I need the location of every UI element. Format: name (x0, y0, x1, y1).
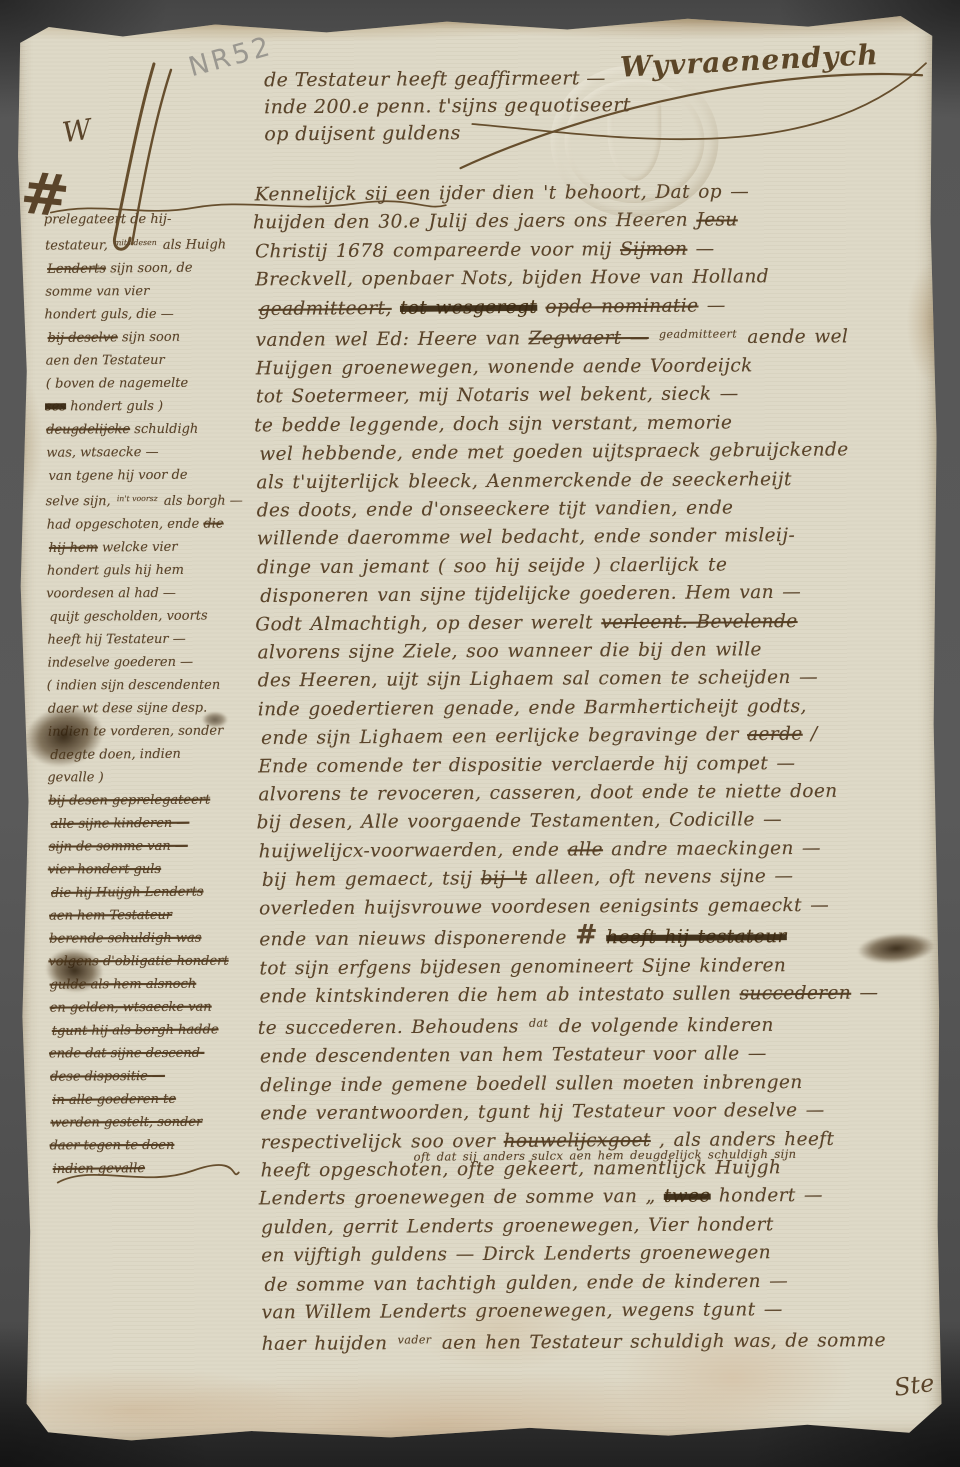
struck-text: bij deselve (48, 330, 118, 346)
handwritten-line: alle sijne kinderen — (50, 811, 256, 836)
handwritten-line: daer tegen te doen (50, 1133, 256, 1157)
struck-text: ses (45, 399, 66, 414)
superscript-insertion: dat (529, 1017, 548, 1030)
handwriting-text: hondert — (719, 1185, 823, 1207)
handwritten-line: ses hondert guls ) (45, 395, 251, 419)
photo-backdrop: NR52 Wyvraenendych W # de Testateur heef… (0, 0, 960, 1467)
struck-text: bij desen geprelegateert (48, 792, 210, 808)
handwriting-text: en vijftigh guldens — Dirck Lenderts gro… (261, 1242, 771, 1266)
archive-number-pencil: NR52 (185, 31, 275, 83)
handwriting-text: ( boven de nagemelte (46, 376, 188, 392)
handwritten-line: quijt gescholden, voorts (49, 604, 255, 629)
handwriting-text: quijt gescholden, voorts (49, 608, 207, 625)
handwriting-text: bij hem gemaect, tsij (262, 869, 473, 892)
handwritten-line: haer huijden vader aen hen Testateur sch… (262, 1323, 960, 1359)
ink-blot (202, 712, 228, 728)
handwriting-text: — (696, 238, 715, 259)
handwriting-text: sijn soon, de (110, 260, 192, 276)
handwritten-line: geadmitteert, tot wesgeregt opde nominat… (258, 290, 960, 324)
handwriting-text: had opgeschoten, ende (47, 516, 200, 532)
struck-text: twee (664, 1186, 711, 1207)
main-text: Kennelijck sij een ijder dien 't behoort… (255, 177, 960, 1360)
superscript-insertion: vader (398, 1334, 432, 1347)
handwriting-text: ende kintskinderen die hem ab intestato … (260, 983, 732, 1007)
struck-text: die hij Huijgh Lenderts (51, 884, 204, 900)
handwritten-line: ( indien sijn descendenten (47, 673, 253, 697)
handwritten-line: ende kintskinderen die hem ab intestato … (260, 979, 960, 1012)
struck-text: Sijmon (620, 239, 687, 260)
handwritten-line: de somme van tachtigh gulden, ende de ki… (264, 1266, 960, 1300)
notary-monogram: W (60, 113, 93, 150)
handwritten-line: voordesen al had — (46, 581, 252, 605)
handwriting-text: Breckvell, openbaer Nots, bijden Hove va… (255, 266, 769, 290)
handwritten-line: bij hem gemaect, tsij bij 't alleen, oft… (262, 862, 960, 896)
handwritten-line: en gelden, wtsaecke van (50, 995, 256, 1019)
struck-text: daer tegen te doen (50, 1138, 175, 1153)
struck-text: die (203, 516, 223, 531)
handwriting-text: somme van vier (45, 284, 149, 300)
handwritten-line: was, wtsaecke — (46, 440, 252, 464)
handwriting-text: haer huijden (262, 1333, 388, 1355)
handwriting-text: vanden wel Ed: Heere van (256, 328, 521, 351)
handwritten-line: gulden, gerrit Lenderts groenewegen, Vie… (261, 1210, 960, 1243)
handwriting-text: heeft hij Testateur — (47, 632, 185, 648)
struck-text: deugdelijcke (46, 422, 130, 438)
handwritten-line: des Heeren, uijt sijn Lighaem sal comen … (258, 663, 960, 696)
handwritten-line: alvorens sijne Ziele, soo wanneer die bi… (257, 635, 960, 668)
handwriting-text: prelegateert de hij- (44, 212, 171, 227)
handwritten-line: indien gevalle (53, 1156, 259, 1181)
handwriting-text: welcke vier (102, 540, 178, 556)
handwritten-line: ende dat sijne descend- (49, 1041, 255, 1065)
handwritten-line: Huijgen groenewegen, wonende aende Voord… (256, 351, 960, 384)
handwritten-line: hondert guls hij hem (47, 558, 253, 582)
handwritten-line: van tgene hij voor de (48, 463, 254, 488)
struck-text: werden gestelt, sonder (50, 1114, 202, 1130)
handwriting-text: huijwelijcx-voorwaerden, ende (259, 839, 560, 862)
handwritten-line: ende verantwoorden, tgunt hij Testateur … (260, 1096, 960, 1129)
handwriting-text: tot Soetermeer, mij Notaris wel bekent, … (256, 384, 739, 408)
handwriting-text: dinge van jemant ( soo hij seijde ) clae… (257, 554, 727, 578)
handwritten-line: hondert guls, die — (44, 303, 250, 327)
handwriting-text: was, wtsaecke — (46, 445, 158, 461)
handwriting-text: te bedde leggende, doch sijn verstant, m… (254, 412, 732, 436)
handwriting-text: de Testateur heeft geaffirmeert — (264, 67, 606, 91)
handwriting-text: voordesen al had — (46, 586, 176, 601)
handwritten-line: ende descendenten van hem Testateur voor… (260, 1039, 960, 1072)
superscript-insertion: mits desen (114, 238, 157, 247)
handwritten-line: alvorens te revoceren, casseren, doot en… (258, 777, 960, 810)
handwritten-line: huijden den 30.e Julij des jaers ons Hee… (253, 205, 959, 238)
handwritten-line: tot Soetermeer, mij Notaris wel bekent, … (256, 379, 960, 412)
handwriting-text: de somme van tachtigh gulden, ende de ki… (264, 1270, 788, 1295)
handwriting-text: willende daeromme wel bedacht, ende sond… (257, 525, 795, 549)
struck-text: alle (567, 839, 603, 860)
handwritten-line: delinge inde gemene boedell sullen moete… (260, 1068, 960, 1101)
struck-text: dese dispositie — (50, 1069, 165, 1085)
struck-text: hij hem (49, 540, 98, 555)
handwritten-line: willende daeromme wel bedacht, ende sond… (257, 521, 960, 554)
handwritten-line: tgunt hij als borgh hadde (52, 1018, 258, 1043)
handwritten-line: wel hebbende, ende met goeden uijtspraec… (259, 436, 960, 470)
struck-text: Jesu (696, 210, 738, 231)
handwritten-line: des doots, ende d'onseeckere tijt vandie… (257, 493, 960, 526)
handwritten-line: als t'uijterlijck bleeck, Aenmerckende d… (256, 465, 960, 498)
handwritten-line: Kennelijck sij een ijder dien 't behoort… (255, 177, 960, 210)
handwriting-text: overleden huijsvrouwe voordesen eenigsin… (259, 895, 829, 919)
handwriting-text: de volgende kinderen (559, 1015, 774, 1037)
handwritten-line: aen den Testateur (46, 348, 252, 372)
handwritten-line: ( boven de nagemelte (46, 371, 252, 395)
handwritten-line: berende schuldigh was (49, 926, 255, 950)
handwriting-text: / (811, 724, 818, 745)
header-note: de Testateur heeft geaffirmeert — inde 2… (264, 65, 631, 148)
handwriting-text: aen hen Testateur schuldigh was, de somm… (442, 1330, 886, 1354)
handwriting-text: Lenderts groenewegen de somme van „ (259, 1186, 656, 1209)
manuscript-page: NR52 Wyvraenendych W # de Testateur heef… (12, 7, 947, 1447)
handwritten-line: en vijftigh guldens — Dirck Lenderts gro… (261, 1238, 960, 1271)
struck-text: in alle goederen te (52, 1092, 176, 1108)
handwritten-line: tot sijn erfgens bijdesen genomineert Si… (259, 951, 960, 984)
handwriting-text: als t'uijterlijck bleeck, Aenmerckende d… (256, 469, 791, 493)
handwritten-line: overleden huijsvrouwe voordesen eenigsin… (259, 891, 960, 924)
handwriting-text: ( indien sijn descendenten (47, 678, 221, 694)
handwriting-text: sijn soon (122, 330, 180, 346)
handwritten-line: aen hem Testateur (49, 903, 255, 927)
handwritten-line: inde 200.e penn. t'sijns gequotiseert (264, 92, 631, 121)
handwriting-text: hondert guls ) (70, 399, 163, 414)
handwriting-text: ende descendenten van hem Testateur voor… (260, 1044, 767, 1068)
handwriting-text: wel hebbende, ende met goeden uijtspraec… (259, 440, 848, 466)
superscript-insertion: geadmitteert (659, 327, 737, 340)
handwritten-line: Christij 1678 compareerde voor mij Sijmo… (255, 234, 960, 267)
struck-text: Lenderts (47, 261, 106, 277)
handwritten-line: ende van nieuws disponerende # heeft hij… (259, 919, 960, 955)
handwriting-text: van tgene hij voor de (48, 468, 187, 484)
handwritten-line: bij desen, Alle voorgaende Testamenten, … (257, 806, 960, 839)
handwriting-text: Godt Almachtigh, op deser werelt (255, 612, 593, 635)
handwriting-text: delinge inde gemene boedell sullen moete… (260, 1072, 803, 1096)
handwriting-text: Ende comende ter dispositie verclaerde h… (258, 753, 795, 777)
handwriting-text: inde 200.e penn. t'sijns gequotiseert (264, 94, 631, 118)
handwriting-text: indeselve goederen — (48, 655, 194, 671)
struck-text: Zegwaert — (529, 328, 649, 350)
struck-text: vier hondert guls (48, 862, 161, 877)
handwriting-text: Kennelijck sij een ijder dien 't behoort… (255, 181, 750, 205)
struck-text: indien gevalle (53, 1161, 145, 1177)
struck-text: heeft hij testateur (606, 926, 787, 948)
handwritten-line: te succederen. Behoudens dat de volgende… (258, 1007, 960, 1043)
handwriting-text: des doots, ende d'onseeckere tijt vandie… (257, 497, 734, 521)
handwritten-line: die hij Huijgh Lenderts (51, 880, 257, 905)
handwriting-text: inde goedertieren genade, ende Barmherti… (258, 696, 807, 720)
handwritten-line: bij desen geprelegateert (48, 788, 254, 812)
handwritten-line: indeselve goederen — (48, 650, 254, 674)
margin-note: prelegateert de hij- testateur, mits des… (45, 207, 257, 1180)
struck-text: tot wesgeregt (400, 296, 537, 318)
struck-text: geadmitteert, (258, 298, 391, 320)
struck-text: ende dat sijne descend- (49, 1046, 205, 1062)
handwritten-line: hij hem welcke vier (49, 535, 255, 560)
handwriting-text: tot sijn erfgens bijdesen genomineert Si… (259, 955, 786, 979)
handwritten-line: selve sijn, in't voorsz als borgh — (46, 487, 252, 514)
handwriting-text: als Huigh (163, 237, 226, 252)
handwriting-text: alvorens te revoceren, casseren, doot en… (258, 781, 837, 806)
handwritten-line: werden gestelt, sonder (50, 1110, 256, 1134)
handwriting-text: oft dat sij anders sulcx aen hem deugdel… (414, 1147, 797, 1164)
handwritten-line: prelegateert de hij- (44, 208, 250, 232)
handwriting-text: gevalle ) (47, 770, 103, 785)
handwritten-line: testateur, mits desen als Huigh (45, 230, 251, 257)
handwritten-line: de Testateur heeft geaffirmeert — (264, 65, 631, 94)
handwriting-text: alleen, oft nevens sijne — (535, 866, 793, 889)
struck-text: berende schuldigh was (49, 930, 201, 946)
handwritten-line: dese dispositie — (50, 1064, 256, 1088)
struck-text: tgunt hij als borgh hadde (52, 1022, 219, 1039)
handwriting-text: — (859, 982, 878, 1003)
handwriting-text: disponeren van sijne tijdelijcke goedere… (260, 582, 801, 607)
handwritten-line: van Willem Lenderts groenewegen, wegens … (261, 1295, 960, 1328)
struck-text: sijn de somme van — (49, 839, 188, 855)
struck-text: opde nominatie (545, 295, 698, 317)
handwriting-text: te succederen. Behoudens (258, 1017, 519, 1040)
struck-text: alle sijne kinderen — (51, 815, 190, 831)
handwriting-text: ende sijn Lighaem een eerlijcke begravin… (261, 724, 739, 749)
handwriting-text: testateur, (45, 238, 108, 253)
handwriting-text: ende van nieuws disponerende (259, 928, 567, 951)
handwriting-text: # (575, 919, 598, 950)
handwriting-text: des Heeren, uijt sijn Lighaem sal comen … (258, 667, 818, 691)
handwritten-line: gevalle ) (47, 765, 253, 789)
superscript-insertion: in't voorsz (117, 494, 158, 503)
handwriting-text: huijden den 30.e Julij des jaers ons Hee… (253, 210, 688, 234)
handwriting-text: Christij 1678 compareerde voor mij (255, 239, 612, 262)
handwriting-text: gulden, gerrit Lenderts groenewegen, Vie… (261, 1214, 774, 1238)
handwritten-line: bij deselve sijn soon (48, 325, 254, 350)
handwriting-text: — (707, 295, 726, 316)
catchword: Ste (892, 1369, 936, 1402)
struck-text: succederen (740, 983, 852, 1005)
handwriting-text: schuldigh (134, 422, 198, 437)
handwritten-line: Lenderts sijn soon, de (47, 256, 253, 281)
struck-text: bij 't (481, 868, 527, 889)
handwritten-line: heeft hij Testateur — (47, 627, 253, 651)
handwriting-text: op duijsent guldens (264, 122, 461, 145)
handwriting-text: bij desen, Alle voorgaende Testamenten, … (257, 810, 783, 834)
handwritten-line: somme van vier (45, 279, 251, 303)
handwriting-text: aende wel (747, 326, 848, 348)
handwritten-line: vier hondert guls (48, 857, 254, 881)
handwritten-line: in alle goederen te (52, 1087, 258, 1112)
handwriting-text: als borgh — (164, 493, 243, 508)
struck-text: aerde (747, 724, 803, 745)
struck-text: en gelden, wtsaecke van (50, 999, 212, 1015)
handwritten-line: had opgeschoten, ende die (47, 512, 253, 536)
handwritten-line: op duijsent guldens (264, 119, 631, 148)
handwriting-text: aen den Testateur (46, 353, 165, 369)
handwriting-text: alvorens sijne Ziele, soo wanneer die bi… (257, 639, 761, 663)
handwriting-text: hondert guls hij hem (47, 563, 184, 579)
handwriting-text: selve sijn, (46, 494, 111, 509)
struck-text: aen hem Testateur (49, 908, 172, 924)
handwritten-line: deugdelijcke schuldigh (46, 417, 252, 441)
handwritten-line: vanden wel Ed: Heere van Zegwaert — gead… (256, 319, 960, 355)
handwritten-line: Breckvell, openbaer Nots, bijden Hove va… (255, 262, 960, 295)
struck-text: verleent. Bevelende (601, 611, 797, 633)
handwriting-text: van Willem Lenderts groenewegen, wegens … (262, 1299, 783, 1323)
handwriting-text: ende verantwoorden, tgunt hij Testateur … (260, 1100, 824, 1124)
handwritten-line: sijn de somme van — (49, 834, 255, 858)
handwritten-line: ende sijn Lighaem een eerlijcke begravin… (261, 720, 960, 754)
handwriting-text: hondert guls, die — (44, 307, 173, 322)
handwritten-line: Godt Almachtigh, op deser werelt verleen… (255, 607, 960, 640)
handwriting-text: andre maeckingen — (611, 838, 821, 860)
handwritten-line: Lenderts groenewegen de somme van „ twee… (259, 1181, 960, 1214)
handwriting-text: Huijgen groenewegen, wonende aende Voord… (256, 355, 753, 379)
handwritten-line: Ende comende ter dispositie verclaerde h… (258, 749, 960, 782)
